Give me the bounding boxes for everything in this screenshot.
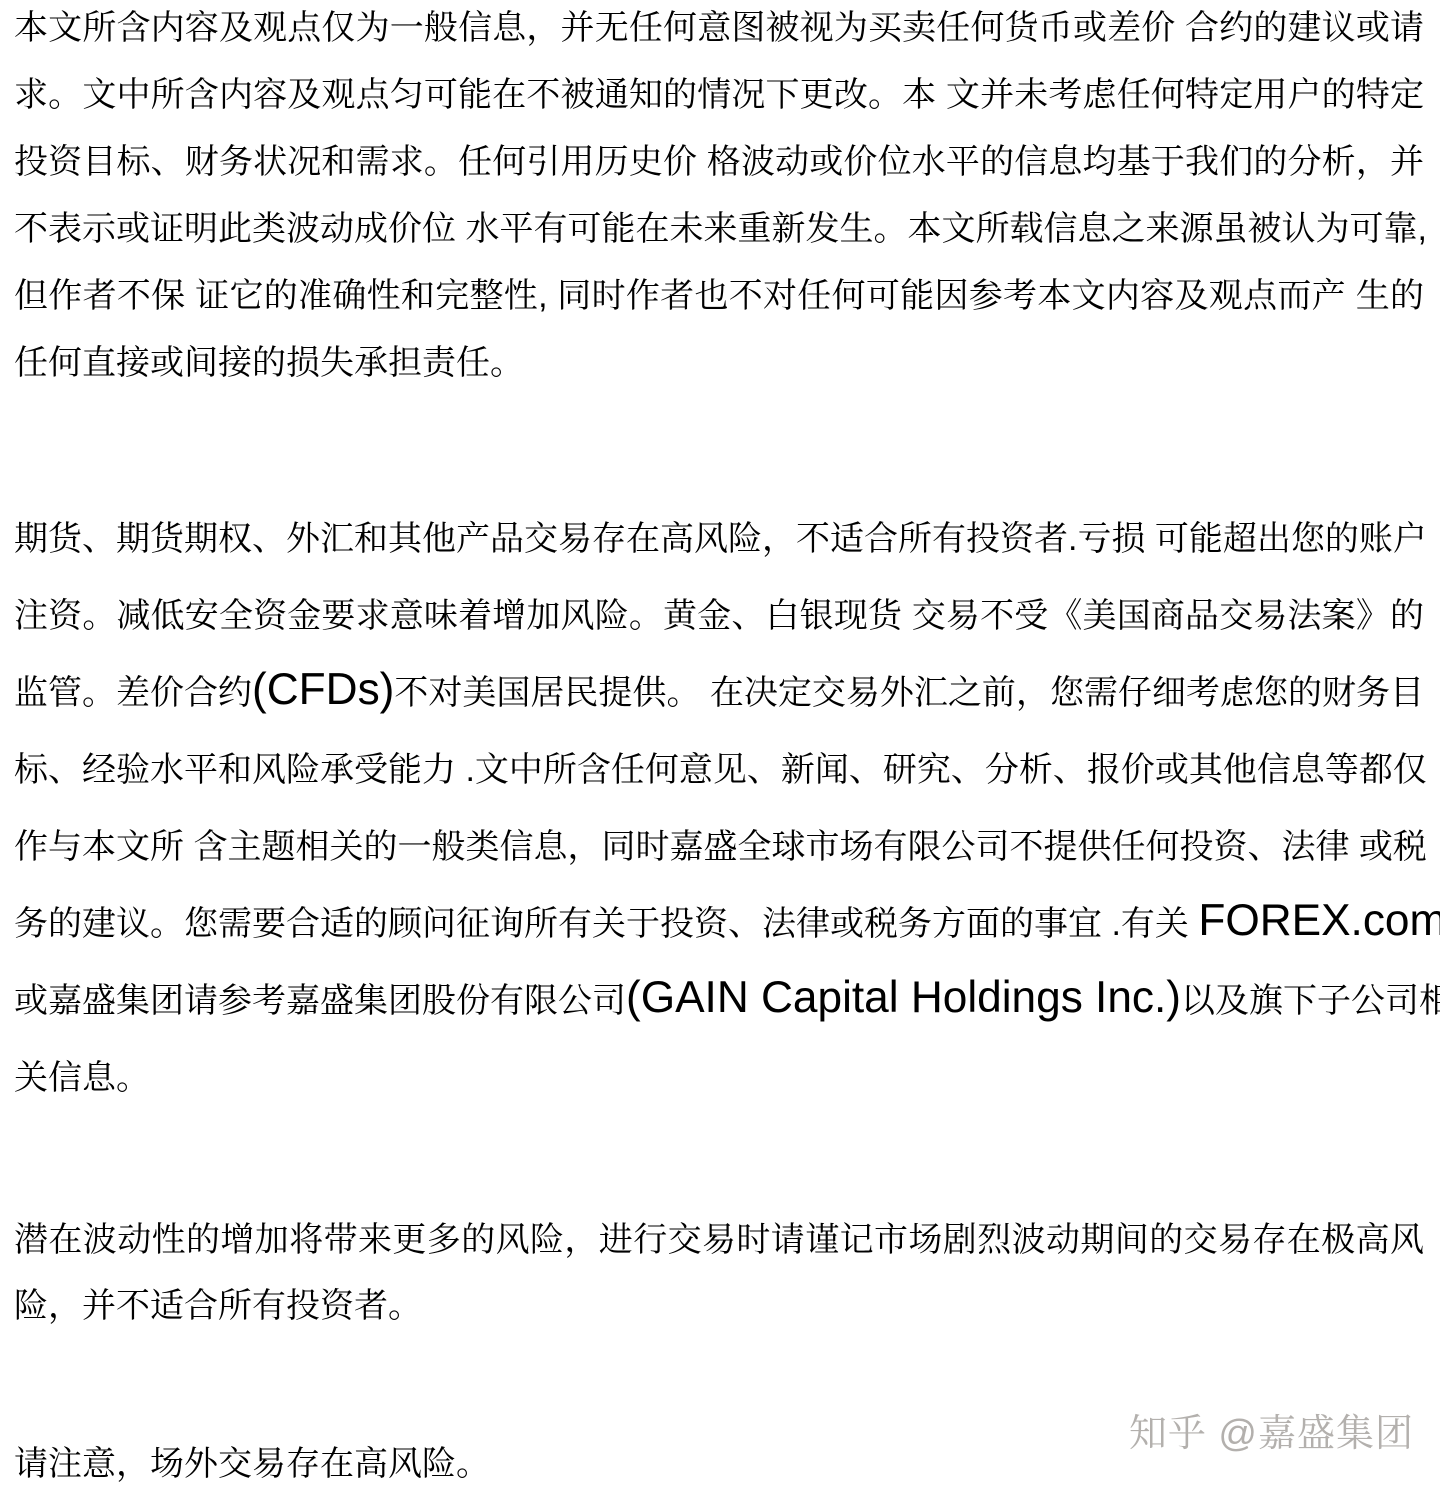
text-line: 或嘉盛集团请参考嘉盛集团股份有限公司(GAIN Capital Holdings… [14,963,1424,1040]
text-line: 务的建议。您需要合适的顾问征询所有关于投资、法律或税务方面的事宜 .有关 FOR… [14,886,1424,963]
watermark-text: 知乎 @嘉盛集团 [1129,1413,1414,1455]
text-line: 潜在波动性的增加将带来更多的风险，进行交易时请谨记市场剧烈波动期间的交易存在极高… [14,1207,1424,1273]
disclaimer-paragraph-1: 本文所含内容及观点仅为一般信息，并无任何意图被视为买卖任何货币或差价 合约的建议… [14,0,1424,397]
text-line: 但作者不保 证它的准确性和完整性, 同时作者也不对任何可能因参考本文内容及观点而… [14,263,1424,330]
latin-text: (GAIN Capital Holdings Inc.) [626,973,1181,1022]
watermark: 知乎 @嘉盛集团 [1129,1402,1414,1457]
disclaimer-document: 本文所含内容及观点仅为一般信息，并无任何意图被视为买卖任何货币或差价 合约的建议… [0,0,1440,1491]
document-page: { "document": { "paragraphs": [ { "name"… [0,0,1440,1491]
text-line: 期货、期货期权、外汇和其他产品交易存在高风险，不适合所有投资者.亏损 可能超出您… [14,501,1424,578]
text-line: 求。文中所含内容及观点匀可能在不被通知的情况下更改。本 文并未考虑任何特定用户的… [14,62,1424,129]
text-line: 任何直接或间接的损失承担责任。 [14,330,1424,397]
text-line: 关信息。 [14,1040,1424,1117]
text-line: 投资目标、财务状况和需求。任何引用历史价 格波动或价位水平的信息均基于我们的分析… [14,129,1424,196]
disclaimer-paragraph-3: 潜在波动性的增加将带来更多的风险，进行交易时请谨记市场剧烈波动期间的交易存在极高… [14,1207,1424,1339]
text-line: 监管。差价合约(CFDs)不对美国居民提供。 在决定交易外汇之前，您需仔细考虑您… [14,655,1424,732]
text-line: 本文所含内容及观点仅为一般信息，并无任何意图被视为买卖任何货币或差价 合约的建议… [14,0,1424,62]
text-line: 险，并不适合所有投资者。 [14,1273,1424,1339]
disclaimer-paragraph-2: 期货、期货期权、外汇和其他产品交易存在高风险，不适合所有投资者.亏损 可能超出您… [14,501,1424,1117]
text-line: 作与本文所 含主题相关的一般类信息，同时嘉盛全球市场有限公司不提供任何投资、法律… [14,809,1424,886]
latin-text: FOREX.com [1198,896,1440,945]
text-line: 标、经验水平和风险承受能力 .文中所含任何意见、新闻、研究、分析、报价或其他信息… [14,732,1424,809]
latin-text: (CFDs) [252,665,394,714]
text-line: 不表示或证明此类波动成价位 水平有可能在未来重新发生。本文所载信息之来源虽被认为… [14,196,1424,263]
text-line: 注资。减低安全资金要求意味着增加风险。黄金、白银现货 交易不受《美国商品交易法案… [14,578,1424,655]
